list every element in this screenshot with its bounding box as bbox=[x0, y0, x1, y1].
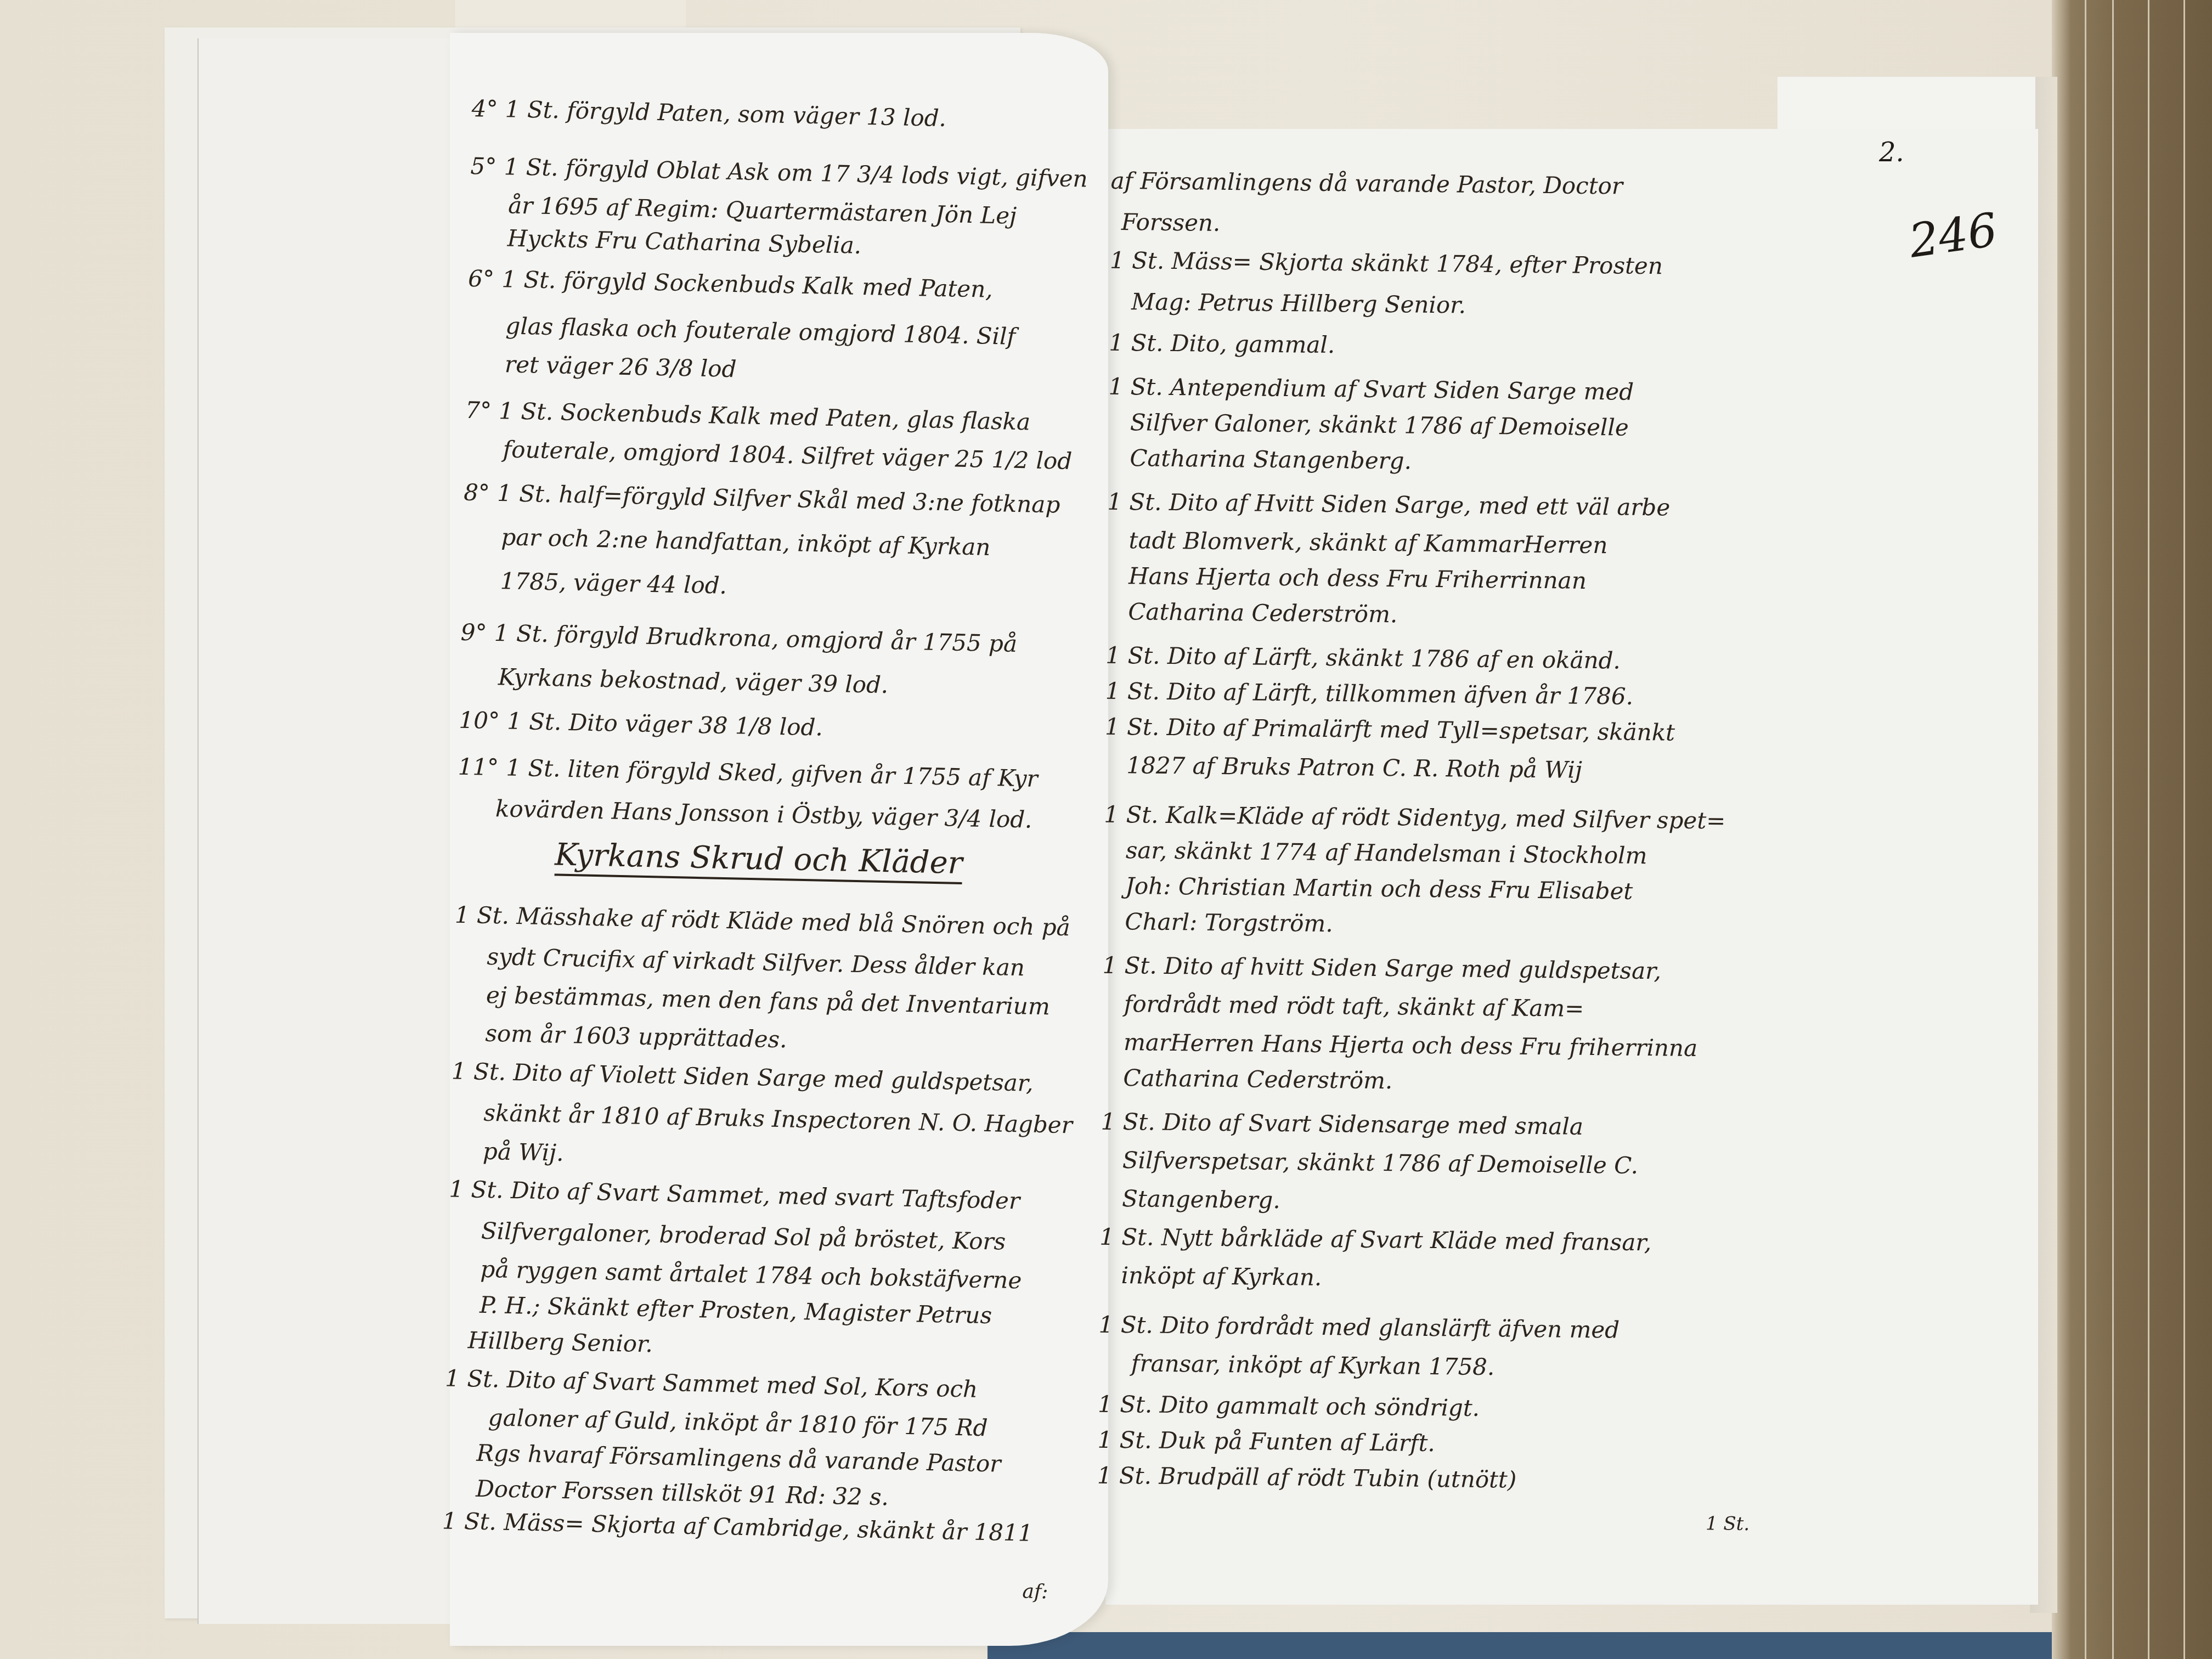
entry-line: 1 St. Duk på Funten af Lärft. bbox=[1097, 1429, 1435, 1455]
entry-line: Silfverspetsar, skänkt 1786 af Demoisell… bbox=[1122, 1149, 1639, 1177]
entry-line: tadt Blomverk, skänkt af KammarHerren bbox=[1128, 529, 1607, 557]
entry-line: Hans Hjerta och dess Fru Friherrinnan bbox=[1128, 565, 1587, 592]
entry-line: 1 St. Dito fordrådt med glanslärft äfven… bbox=[1099, 1313, 1620, 1342]
entry-line: marHerren Hans Hjerta och dess Fru frihe… bbox=[1124, 1031, 1697, 1060]
entry-line: 1827 af Bruks Patron C. R. Roth på Wij bbox=[1126, 754, 1582, 782]
entry-line: Catharina Stangenberg. bbox=[1130, 447, 1412, 472]
entry-line: 1 St. Brudpäll af rödt Tubin (utnött) bbox=[1097, 1464, 1517, 1492]
catchword: 1 St. bbox=[1706, 1514, 1750, 1533]
entry-line: 1 St. Dito af Lärft, tillkommen äfven år… bbox=[1105, 680, 1634, 708]
entry-line: fransar, inköpt af Kyrkan 1758. bbox=[1131, 1352, 1495, 1379]
entry-line: 1 St. Dito af Hvitt Siden Sarge, med ett… bbox=[1107, 490, 1670, 520]
entry-line: 1 St. Dito af Lärft, skänkt 1786 af en o… bbox=[1105, 644, 1621, 673]
entry-line: 1 St. Antependium af Svart Siden Sarge m… bbox=[1108, 375, 1634, 404]
entry-line: 1 St. Dito af hvitt Siden Sarge med guld… bbox=[1102, 954, 1661, 983]
blue-board-edge bbox=[988, 1632, 2052, 1659]
binding-line bbox=[2085, 0, 2086, 1659]
entry-line: som år 1603 upprättades. bbox=[485, 1022, 787, 1052]
archive-binding bbox=[2052, 0, 2212, 1659]
entry-line: 1785, väger 44 lod. bbox=[500, 569, 727, 597]
entry-line: 1 St. Mäss= Skjorta skänkt 1784, efter P… bbox=[1110, 249, 1663, 278]
entry-line: af Församlingens då varande Pastor, Doct… bbox=[1110, 170, 1623, 198]
entry-line: Stangenberg. bbox=[1122, 1187, 1280, 1212]
binding-line bbox=[2148, 0, 2149, 1659]
entry-line: Hillberg Senior. bbox=[467, 1329, 653, 1356]
entry-line: Catharina Cederström. bbox=[1128, 600, 1397, 626]
entry-line: Charl: Torgström. bbox=[1125, 910, 1333, 935]
entry-line: Catharina Cederström. bbox=[1123, 1066, 1392, 1092]
entry-line: 1 St. Kalk=Kläde af rödt Sidentyg, med S… bbox=[1104, 803, 1725, 833]
entry-line: Mag: Petrus Hillberg Senior. bbox=[1131, 290, 1466, 317]
entry-line: Forssen. bbox=[1121, 211, 1221, 235]
entry-line: inköpt af Kyrkan. bbox=[1121, 1264, 1322, 1289]
catchword: af: bbox=[1022, 1582, 1048, 1602]
page-number: 2. bbox=[1879, 137, 1904, 168]
entry-line: ret väger 26 3/8 lod bbox=[505, 353, 737, 381]
entry-line: sar, skänkt 1774 af Handelsman i Stockho… bbox=[1126, 839, 1647, 867]
entry-line: på Wij. bbox=[483, 1140, 564, 1165]
entry-line: 1 St. Dito gammalt och söndrigt. bbox=[1098, 1393, 1480, 1420]
entry-line: 1 St. Dito af Primalärft med Tyll=spetsa… bbox=[1105, 715, 1675, 744]
entry-line: fordrådt med rödt taft, skänkt af Kam= bbox=[1124, 992, 1584, 1020]
binding-line bbox=[2183, 0, 2185, 1659]
entry-line: Joh: Christian Martin och dess Fru Elisa… bbox=[1125, 874, 1633, 903]
entry-line: 1 St. Dito, gammal. bbox=[1109, 331, 1335, 357]
entry-line: 1 St. Nytt bårkläde af Svart Kläde med f… bbox=[1099, 1226, 1651, 1255]
entry-line: 1 St. Dito af Svart Sidensarge med smala bbox=[1101, 1110, 1583, 1138]
binding-line bbox=[2112, 0, 2114, 1659]
entry-line: Silfver Galoner, skänkt 1786 af Demoisel… bbox=[1130, 411, 1629, 439]
